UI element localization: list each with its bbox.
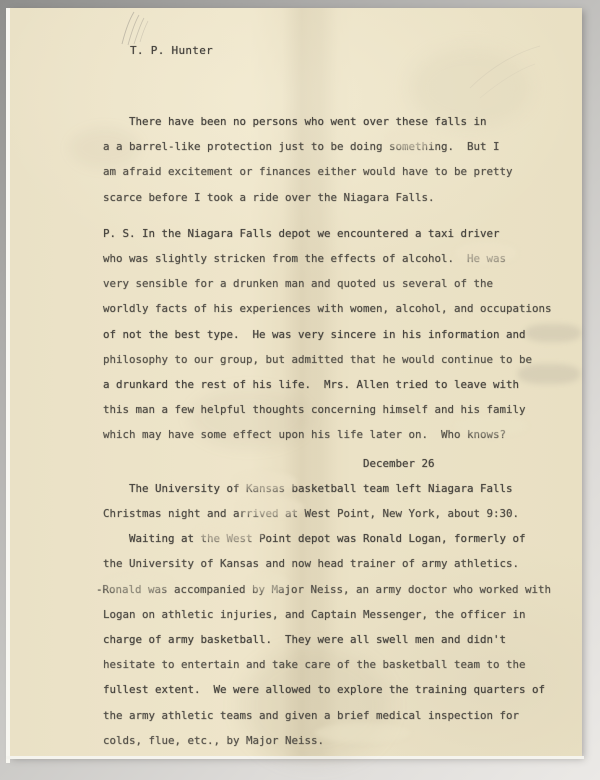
text-line: hesitate to entertain and take care of t… bbox=[103, 652, 573, 677]
text-line: December 26 bbox=[363, 451, 573, 476]
faded-ink-spot bbox=[385, 128, 437, 150]
author-name: T. P. Hunter bbox=[130, 41, 213, 61]
text-line: fullest extent. We were allowed to explo… bbox=[103, 677, 573, 702]
paper-edge-highlight-left bbox=[6, 8, 10, 763]
text-line: Christmas night and arrived at West Poin… bbox=[103, 501, 573, 526]
text-line: very sensible for a drunken man and quot… bbox=[103, 271, 573, 296]
document-page: T. P. Hunter There have been no persons … bbox=[10, 8, 582, 756]
faded-ink-spot bbox=[248, 573, 288, 593]
paragraph-west-point: Waiting at the West Point depot was Rona… bbox=[103, 526, 573, 753]
text-line: worldly facts of his experiences with wo… bbox=[103, 296, 573, 321]
text-line: a a barrel-like protection just to be do… bbox=[103, 134, 573, 159]
faded-ink-spot bbox=[238, 497, 304, 517]
faded-ink-spot bbox=[235, 472, 297, 492]
paragraph-travel: The University of Kansas basketball team… bbox=[103, 476, 573, 526]
photo-background: T. P. Hunter There have been no persons … bbox=[0, 0, 600, 780]
text-line: a drunkard the rest of his life. Mrs. Al… bbox=[103, 372, 573, 397]
faded-ink-spot bbox=[315, 723, 410, 743]
text-line: There have been no persons who went over… bbox=[103, 109, 573, 134]
text-line: charge of army basketball. They were all… bbox=[103, 627, 573, 652]
text-line: Waiting at the West Point depot was Rona… bbox=[103, 526, 573, 551]
text-line: of not the best type. He was very sincer… bbox=[103, 322, 573, 347]
faded-ink-spot bbox=[103, 575, 173, 595]
faded-ink-spot bbox=[455, 242, 517, 264]
text-line: the University of Kansas and now head tr… bbox=[103, 551, 573, 576]
text-line: Logan on athletic injuries, and Captain … bbox=[103, 602, 573, 627]
pencil-mark-icon bbox=[460, 28, 550, 108]
faded-ink-spot bbox=[195, 523, 263, 543]
date-heading: December 26 bbox=[103, 451, 573, 476]
faded-ink-spot bbox=[455, 416, 527, 436]
text-line: am afraid excitement or finances either … bbox=[103, 159, 573, 184]
text-line: philosophy to our group, but admitted th… bbox=[103, 347, 573, 372]
text-line: -Ronald was accompanied by Major Neiss, … bbox=[103, 577, 573, 602]
text-line: P. S. In the Niagara Falls depot we enco… bbox=[103, 221, 573, 246]
text-line: scarce before I took a ride over the Nia… bbox=[103, 185, 573, 210]
text-line: The University of Kansas basketball team… bbox=[103, 476, 573, 501]
paragraph-barrel: There have been no persons who went over… bbox=[103, 109, 573, 210]
